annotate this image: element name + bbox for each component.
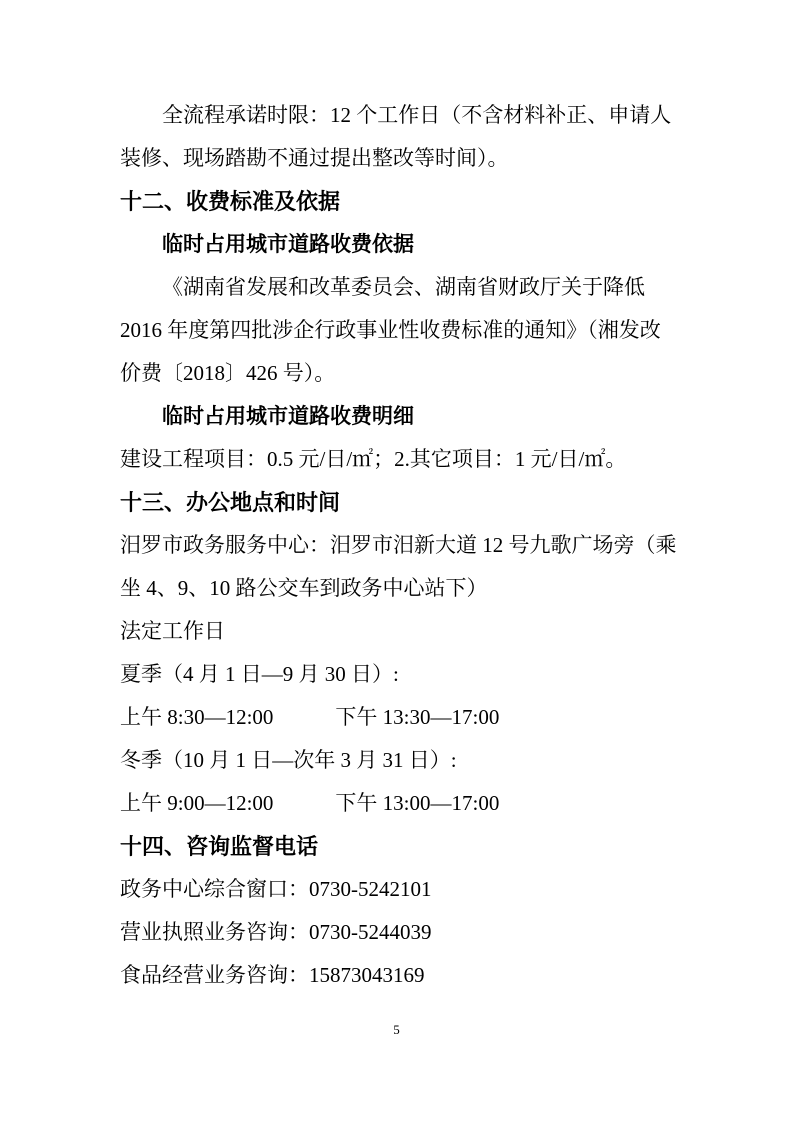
office-address-paragraph: 汨罗市政务服务中心：汨罗市汨新大道 12 号九歌广场旁（乘 坐 4、9、10 路… xyxy=(120,524,690,610)
summer-pm-hours: 下午 13:30—17:00 xyxy=(335,705,499,729)
workdays-paragraph: 法定工作日 xyxy=(120,610,690,653)
winter-schedule: 冬季（10 月 1 日—次年 3 月 31 日）: 上午 9:00—12:00下… xyxy=(120,739,690,825)
section-14-heading: 十四、咨询监督电话 xyxy=(120,825,690,868)
phone-line-business-license: 营业执照业务咨询：0730-5244039 xyxy=(120,911,690,954)
summer-label-line: 夏季（4 月 1 日—9 月 30 日）: xyxy=(120,653,690,696)
time-gap-spacer xyxy=(273,723,335,724)
winter-times-line: 上午 9:00—12:00下午 13:00—17:00 xyxy=(120,782,690,825)
commitment-paragraph: 全流程承诺时限：12 个工作日（不含材料补正、申请人 装修、现场踏勘不通过提出整… xyxy=(120,94,690,180)
phone-line-service-center: 政务中心综合窗口：0730-5242101 xyxy=(120,868,690,911)
winter-label-line: 冬季（10 月 1 日—次年 3 月 31 日）: xyxy=(120,739,690,782)
phone-list: 政务中心综合窗口：0730-5242101 营业执照业务咨询：0730-5244… xyxy=(120,868,690,997)
fee-basis-subheading: 临时占用城市道路收费依据 xyxy=(120,223,690,266)
fee-detail-line: 建设工程项目：0.5 元/日/㎡；2.其它项目：1 元/日/㎡。 xyxy=(120,438,690,481)
office-address-line-1: 汨罗市政务服务中心：汨罗市汨新大道 12 号九歌广场旁（乘 xyxy=(120,524,690,567)
fee-basis-paragraph: 《湖南省发展和改革委员会、湖南省财政厅关于降低 2016 年度第四批涉企行政事业… xyxy=(120,266,690,395)
summer-am-hours: 上午 8:30—12:00 xyxy=(120,705,273,729)
fee-basis-line-3: 价费〔2018〕426 号）。 xyxy=(120,352,690,395)
fee-basis-line-1: 《湖南省发展和改革委员会、湖南省财政厅关于降低 xyxy=(120,266,690,309)
document-body: 全流程承诺时限：12 个工作日（不含材料补正、申请人 装修、现场踏勘不通过提出整… xyxy=(120,94,690,997)
commitment-line-2: 装修、现场踏勘不通过提出整改等时间）。 xyxy=(120,137,690,180)
phone-line-food-business: 食品经营业务咨询：15873043169 xyxy=(120,954,690,997)
commitment-line-1: 全流程承诺时限：12 个工作日（不含材料补正、申请人 xyxy=(120,94,690,137)
workdays-line: 法定工作日 xyxy=(120,610,690,653)
document-page: 全流程承诺时限：12 个工作日（不含材料补正、申请人 装修、现场踏勘不通过提出整… xyxy=(0,0,793,1122)
winter-am-hours: 上午 9:00—12:00 xyxy=(120,791,273,815)
time-gap-spacer xyxy=(273,809,335,810)
summer-schedule: 夏季（4 月 1 日—9 月 30 日）: 上午 8:30—12:00下午 13… xyxy=(120,653,690,739)
section-13-heading: 十三、办公地点和时间 xyxy=(120,481,690,524)
winter-pm-hours: 下午 13:00—17:00 xyxy=(335,791,499,815)
summer-times-line: 上午 8:30—12:00下午 13:30—17:00 xyxy=(120,696,690,739)
fee-basis-line-2: 2016 年度第四批涉企行政事业性收费标准的通知》（湘发改 xyxy=(120,309,690,352)
page-number: 5 xyxy=(0,1022,793,1038)
office-address-line-2: 坐 4、9、10 路公交车到政务中心站下） xyxy=(120,567,690,610)
section-12-heading: 十二、收费标准及依据 xyxy=(120,180,690,223)
fee-detail-subheading: 临时占用城市道路收费明细 xyxy=(120,395,690,438)
fee-detail-paragraph: 建设工程项目：0.5 元/日/㎡；2.其它项目：1 元/日/㎡。 xyxy=(120,438,690,481)
